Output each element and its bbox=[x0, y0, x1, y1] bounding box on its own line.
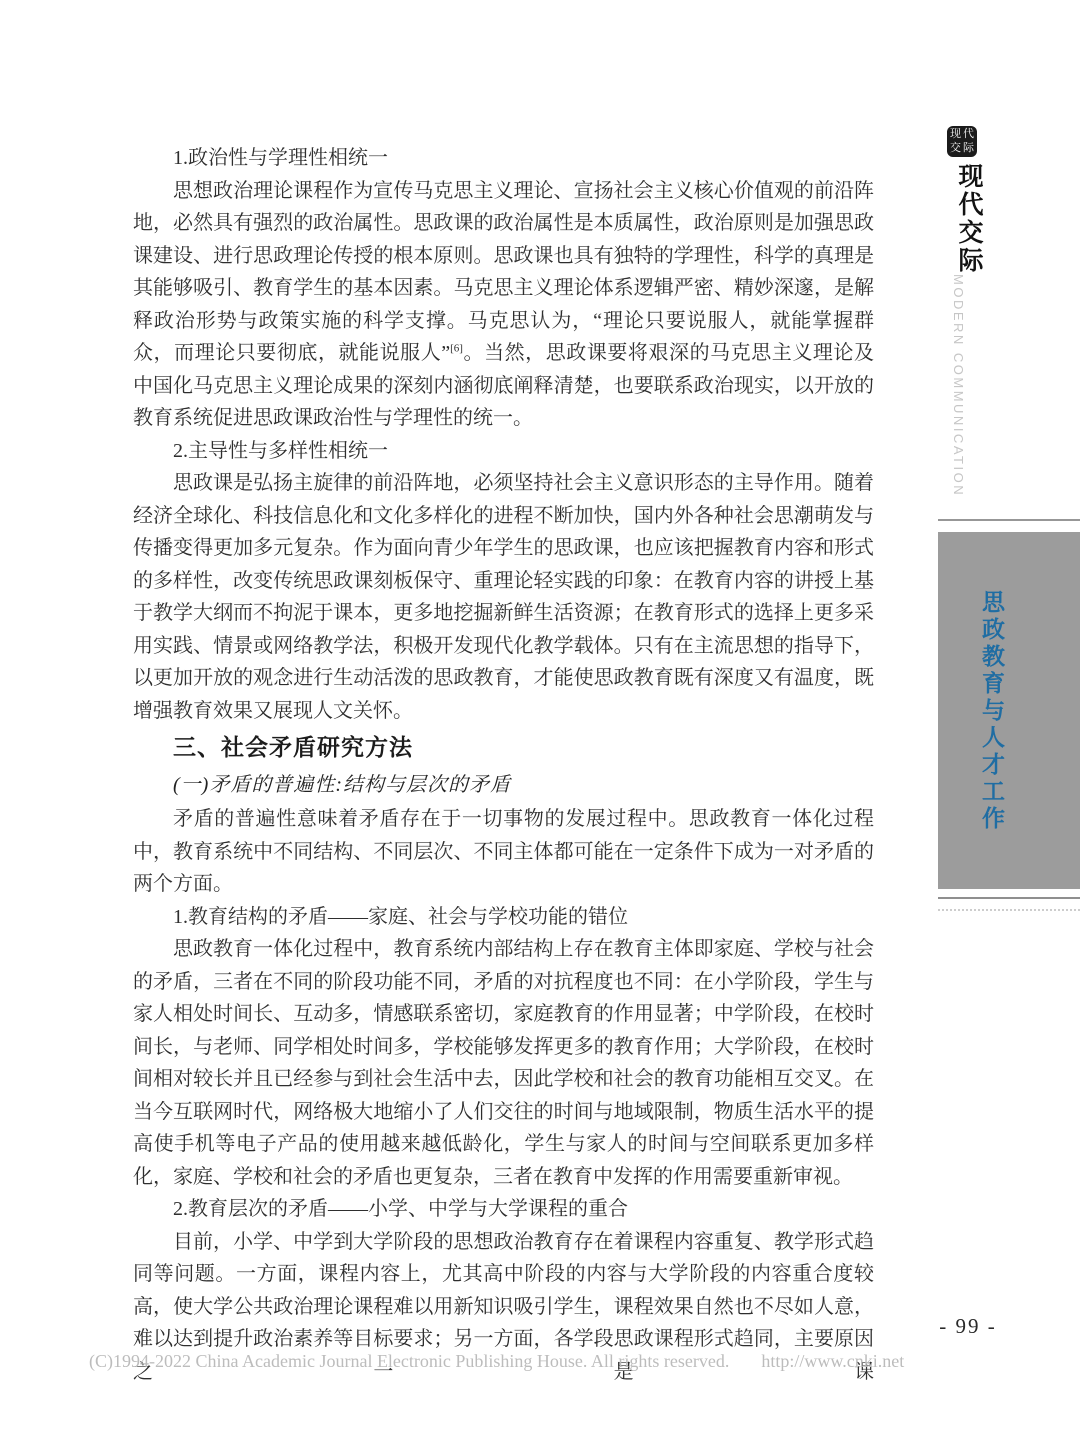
logo-char: 交 bbox=[950, 143, 961, 154]
journal-logo: 现 代 交 际 bbox=[947, 126, 977, 157]
column-label-box: 思政教育与人才工作 bbox=[938, 532, 1080, 889]
article-paragraph: 思政课是弘扬主旋律的前沿阵地，必须坚持社会主义意识形态的主导作用。随着经济全球化… bbox=[133, 467, 874, 727]
sidebar-rule-top bbox=[938, 519, 1080, 521]
journal-name-vertical: 现代交际 bbox=[950, 163, 986, 275]
copyright-text: (C)1994-2022 China Academic Journal Elec… bbox=[89, 1351, 729, 1371]
logo-char: 现 bbox=[950, 129, 961, 140]
article-subheading: 1.教育结构的矛盾——家庭、社会与学校功能的错位 bbox=[133, 901, 874, 934]
article-subheading: 2.教育层次的矛盾——小学、中学与大学课程的重合 bbox=[133, 1193, 874, 1226]
article-subheading: 1.政治性与学理性相统一 bbox=[133, 142, 874, 175]
page-number: - 99 - bbox=[938, 1314, 998, 1339]
article-paragraph: 矛盾的普遍性意味着矛盾存在于一切事物的发展过程中。思政教育一体化过程中，教育系统… bbox=[133, 803, 874, 901]
article-body: 1.政治性与学理性相统一思想政治理论课程作为宣传马克思主义理论、宣扬社会主义核心… bbox=[133, 142, 874, 1388]
copyright-url: http://www.cnki.net bbox=[761, 1351, 904, 1371]
logo-char: 代 bbox=[963, 129, 974, 140]
journal-name-english: MODERN COMMUNICATION bbox=[951, 274, 966, 497]
journal-page: 1.政治性与学理性相统一思想政治理论课程作为宣传马克思主义理论、宣扬社会主义核心… bbox=[0, 0, 1080, 1455]
logo-char: 际 bbox=[963, 143, 974, 154]
article-subheading: 2.主导性与多样性相统一 bbox=[133, 435, 874, 468]
sidebar-rule-bottom bbox=[938, 897, 1080, 899]
article-paragraph: 思想政治理论课程作为宣传马克思主义理论、宣扬社会主义核心价值观的前沿阵地，必然具… bbox=[133, 175, 874, 435]
footnote-reference: [6] bbox=[450, 342, 463, 354]
italic-subheading: (一)矛盾的普遍性:结构与层次的矛盾 bbox=[133, 767, 874, 803]
sidebar-rule-dotted bbox=[938, 909, 1080, 911]
column-label: 思政教育与人才工作 bbox=[976, 590, 1009, 833]
section-heading: 三、社会矛盾研究方法 bbox=[133, 727, 874, 767]
article-paragraph: 思政教育一体化过程中，教育系统内部结构上存在教育主体即家庭、学校与社会的矛盾，三… bbox=[133, 933, 874, 1193]
copyright-footer: (C)1994-2022 China Academic Journal Elec… bbox=[89, 1351, 1009, 1372]
